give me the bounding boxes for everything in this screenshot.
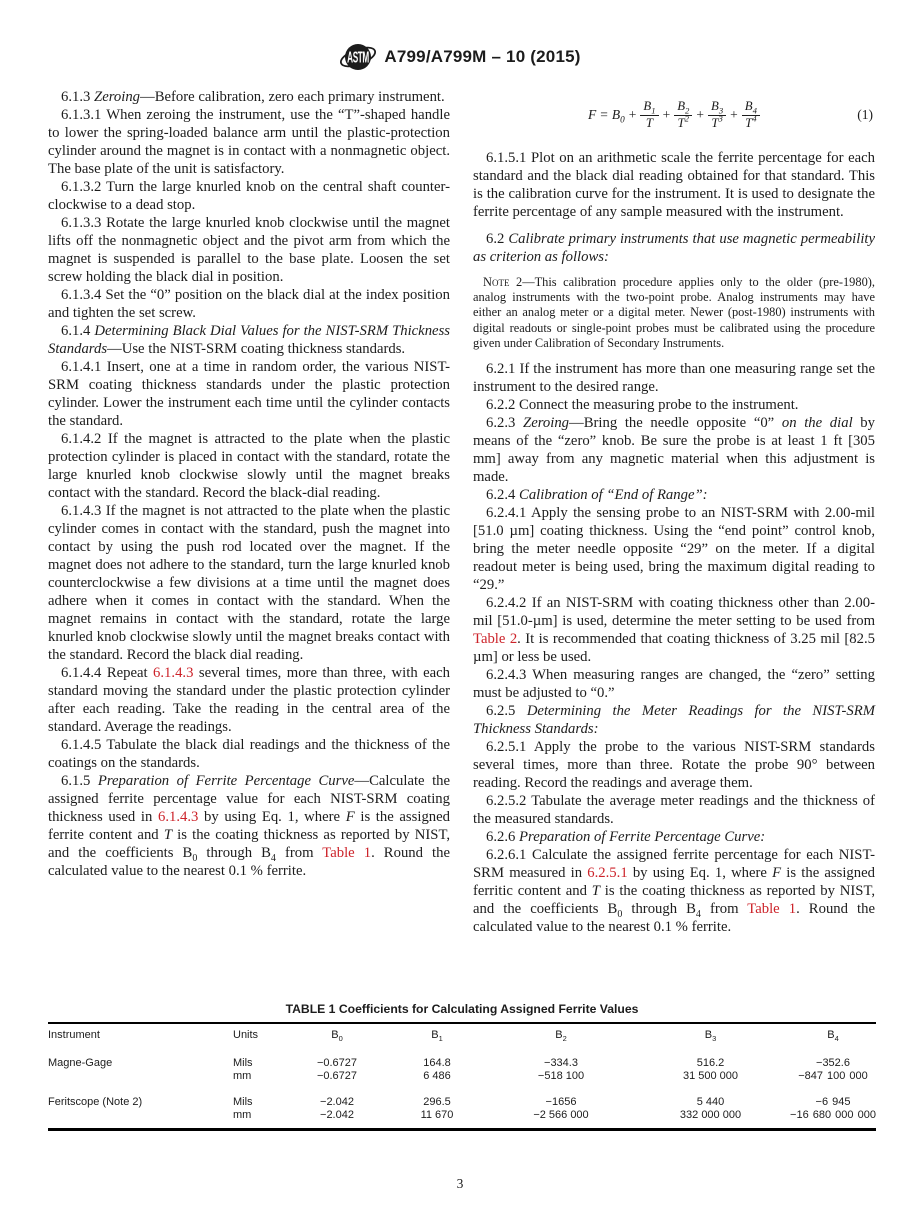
- fraction: B2T2: [674, 100, 692, 130]
- paragraph: 6.1.4.3 If the magnet is not attracted t…: [48, 502, 450, 664]
- paragraph: 6.1.3.1 When zeroing the instrument, use…: [48, 106, 450, 178]
- coefficient-cell: −518 100: [491, 1070, 631, 1083]
- paragraph: 6.1.4.5 Tabulate the black dial readings…: [48, 736, 450, 772]
- paragraph: 6.2.4.2 If an NIST-SRM with coating thic…: [473, 594, 875, 666]
- cross-reference-link[interactable]: 6.1.4.3: [153, 665, 193, 681]
- cross-reference-link[interactable]: Table 1: [747, 901, 796, 917]
- paragraph: 6.2.4.3 When measuring ranges are change…: [473, 666, 875, 702]
- paragraph: 6.1.4 Determining Black Dial Values for …: [48, 322, 450, 358]
- cross-reference-link[interactable]: Table 1: [322, 845, 371, 861]
- coefficient-cell: 31 500 000: [631, 1070, 790, 1083]
- coefficient-cell: −847 100 000: [790, 1070, 876, 1083]
- coefficient-cell: −1656: [491, 1083, 631, 1109]
- paragraph: 6.2.4.1 Apply the sensing probe to an NI…: [473, 504, 875, 594]
- units-cell: mm: [233, 1109, 291, 1130]
- coefficient-cell: 164.8: [383, 1044, 491, 1070]
- svg-text:ASTM: ASTM: [348, 49, 370, 67]
- instrument-name: Magne-Gage: [48, 1044, 233, 1083]
- equation-number: (1): [857, 106, 873, 124]
- paragraph: 6.2.5.2 Tabulate the average meter readi…: [473, 792, 875, 828]
- paragraph: 6.2.5 Determining the Meter Readings for…: [473, 702, 875, 738]
- paragraph: 6.2.6.1 Calculate the assigned ferrite p…: [473, 846, 875, 936]
- paragraph: 6.1.3.2 Turn the large knurled knob on t…: [48, 178, 450, 214]
- column-header-b1: B1: [383, 1023, 491, 1044]
- paragraph: 6.2 Calibrate primary instruments that u…: [473, 230, 875, 266]
- paragraph: 6.1.3.3 Rotate the large knurled knob cl…: [48, 214, 450, 286]
- fraction: B3T3: [708, 100, 726, 130]
- equation-1: F = B0+B1T+B2T2+B3T3+B4T4 (1): [473, 94, 875, 136]
- coefficient-cell: −2 566 000: [491, 1109, 631, 1130]
- coefficient-cell: −16 680 000 000: [790, 1109, 876, 1130]
- column-header-instrument: Instrument: [48, 1023, 233, 1044]
- paragraph: 6.1.3.4 Set the “0” position on the blac…: [48, 286, 450, 322]
- cross-reference-link[interactable]: Table 2: [473, 631, 517, 647]
- column-header-b0: B0: [291, 1023, 383, 1044]
- coefficient-cell: 516.2: [631, 1044, 790, 1070]
- cross-reference-link[interactable]: 6.2.5.1: [587, 865, 627, 881]
- table-1-section: TABLE 1 Coefficients for Calculating Ass…: [48, 1002, 876, 1131]
- document-body: 6.1.3 Zeroing—Before calibration, zero e…: [48, 88, 876, 936]
- coefficient-cell: 332 000 000: [631, 1109, 790, 1130]
- coefficient-cell: 11 670: [383, 1109, 491, 1130]
- paragraph: Note 2—This calibration procedure applie…: [473, 275, 875, 351]
- coefficient-cell: −6 945: [790, 1083, 876, 1109]
- document-title: A799/A799M – 10 (2015): [384, 47, 580, 67]
- paragraph: 6.1.4.2 If the magnet is attracted to th…: [48, 430, 450, 502]
- units-cell: mm: [233, 1070, 291, 1083]
- coefficient-cell: −2.042: [291, 1109, 383, 1130]
- coefficient-cell: −334.3: [491, 1044, 631, 1070]
- paragraph: 6.1.4.4 Repeat 6.1.4.3 several times, mo…: [48, 664, 450, 736]
- fraction: B4T4: [742, 100, 760, 130]
- paragraph: 6.2.5.1 Apply the probe to the various N…: [473, 738, 875, 792]
- column-header-b4: B4: [790, 1023, 876, 1044]
- paragraph: 6.2.6 Preparation of Ferrite Percentage …: [473, 828, 875, 846]
- paragraph: 6.1.5.1 Plot on an arithmetic scale the …: [473, 149, 875, 221]
- units-cell: Mils: [233, 1044, 291, 1070]
- coefficient-cell: −352.6: [790, 1044, 876, 1070]
- left-column: 6.1.3 Zeroing—Before calibration, zero e…: [48, 88, 450, 936]
- document-header: ASTM A799/A799M – 10 (2015): [0, 40, 920, 74]
- cross-reference-link[interactable]: 6.1.4.3: [158, 809, 198, 825]
- coefficient-cell: 6 486: [383, 1070, 491, 1083]
- paragraph: 6.2.3 Zeroing—Bring the needle opposite …: [473, 414, 875, 486]
- coefficient-cell: 296.5: [383, 1083, 491, 1109]
- column-header-b3: B3: [631, 1023, 790, 1044]
- page-number: 3: [0, 1176, 920, 1192]
- paragraph: 6.2.4 Calibration of “End of Range”:: [473, 486, 875, 504]
- equation-body: F = B0+B1T+B2T2+B3T3+B4T4: [473, 94, 875, 136]
- instrument-name: Feritscope (Note 2): [48, 1083, 233, 1130]
- units-cell: Mils: [233, 1083, 291, 1109]
- paragraph: 6.2.2 Connect the measuring probe to the…: [473, 396, 875, 414]
- table-1-title: TABLE 1 Coefficients for Calculating Ass…: [48, 1002, 876, 1016]
- paragraph: 6.1.3 Zeroing—Before calibration, zero e…: [48, 88, 450, 106]
- astm-logo-icon: ASTM: [339, 40, 377, 74]
- paragraph: 6.2.1 If the instrument has more than on…: [473, 360, 875, 396]
- paragraph: 6.1.5 Preparation of Ferrite Percentage …: [48, 772, 450, 880]
- coefficients-table: InstrumentUnitsB0B1B2B3B4Magne-GageMils−…: [48, 1022, 876, 1131]
- column-header-b2: B2: [491, 1023, 631, 1044]
- column-header-units: Units: [233, 1023, 291, 1044]
- fraction: B1T: [640, 100, 658, 130]
- coefficient-cell: −0.6727: [291, 1070, 383, 1083]
- coefficient-cell: 5 440: [631, 1083, 790, 1109]
- right-column-text: 6.1.5.1 Plot on an arithmetic scale the …: [473, 149, 875, 936]
- coefficient-cell: −0.6727: [291, 1044, 383, 1070]
- right-column: F = B0+B1T+B2T2+B3T3+B4T4 (1) 6.1.5.1 Pl…: [473, 88, 875, 936]
- paragraph: 6.1.4.1 Insert, one at a time in random …: [48, 358, 450, 430]
- coefficient-cell: −2.042: [291, 1083, 383, 1109]
